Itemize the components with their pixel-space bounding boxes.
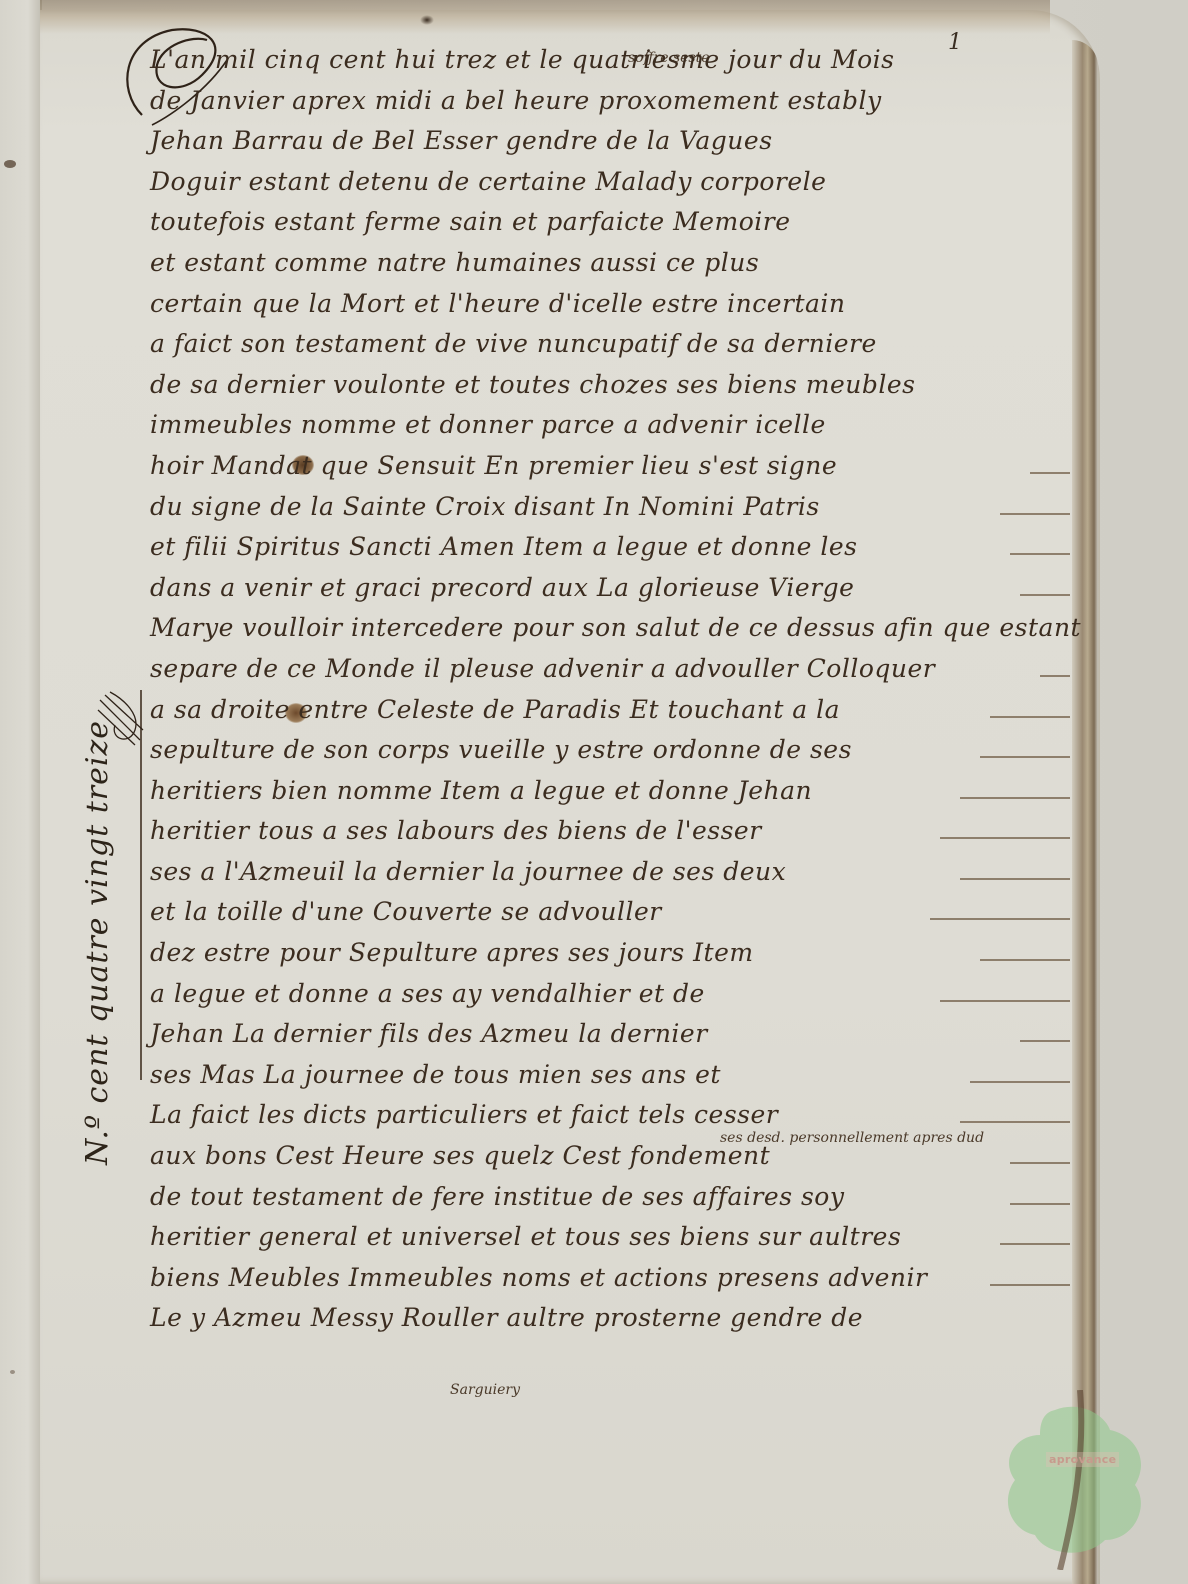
text-line: de sa dernier voulonte et toutes chozes …	[150, 365, 1070, 406]
line-text: biens Meubles Immeubles noms et actions …	[150, 1263, 927, 1292]
text-line: a sa droite entre Celeste de Paradis Et …	[150, 690, 1070, 731]
line-text: sepulture de son corps vueille y estre o…	[150, 735, 852, 764]
text-line: Doguir estant detenu de certaine Malady …	[150, 162, 1070, 203]
text-line: ses a l'Azmeuil la dernier la journee de…	[150, 852, 1070, 893]
text-line: ses Mas La journee de tous mien ses ans …	[150, 1055, 1070, 1096]
line-text: et filii Spiritus Sancti Amen Item a leg…	[150, 532, 857, 561]
watermark-label: aprovance	[1046, 1452, 1119, 1467]
line-text: dans a venir et graci precord aux La glo…	[150, 573, 854, 602]
text-line: immeubles nomme et donner parce a adveni…	[150, 405, 1070, 446]
text-line: Le y Azmeu Messy Rouller aultre prostern…	[150, 1298, 1070, 1339]
line-text: ses a l'Azmeuil la dernier la journee de…	[150, 857, 786, 886]
binding-fore-edge	[1072, 40, 1098, 1584]
ink-spot	[10, 1370, 15, 1374]
line-text: heritier general et universel et tous se…	[150, 1222, 901, 1251]
text-line: et estant comme natre humaines aussi ce …	[150, 243, 1070, 284]
margin-note-numbering: N.º cent quatre vingt treize	[80, 720, 115, 1165]
text-line: Jehan La dernier fils des Azmeu la derni…	[150, 1014, 1070, 1055]
line-text: dez estre pour Sepulture apres ses jours…	[150, 938, 754, 967]
text-line: hoir Mandat que Sensuit En premier lieu …	[150, 446, 1070, 487]
line-text: a legue et donne a ses ay vendalhier et …	[150, 979, 705, 1008]
line-text: La faict les dicts particuliers et faict…	[150, 1100, 778, 1129]
text-line: separe de ce Monde il pleuse advenir a a…	[150, 649, 1070, 690]
line-text: Doguir estant detenu de certaine Malady …	[150, 167, 826, 196]
text-line: dez estre pour Sepulture apres ses jours…	[150, 933, 1070, 974]
text-line: L'an mil cinq cent hui trez et le quatri…	[150, 40, 1070, 81]
line-text: immeubles nomme et donner parce a adveni…	[150, 410, 826, 439]
facing-page-edge	[0, 0, 42, 1584]
line-text: separe de ce Monde il pleuse advenir a a…	[150, 654, 935, 683]
line-text: L'an mil cinq cent hui trez et le quatri…	[150, 45, 895, 74]
line-text: de sa dernier voulonte et toutes chozes …	[150, 370, 915, 399]
text-line: dans a venir et graci precord aux La glo…	[150, 568, 1070, 609]
map-watermark-icon	[985, 1390, 1165, 1570]
text-line: Jehan Barrau de Bel Esser gendre de la V…	[150, 121, 1070, 162]
line-text: de Janvier aprex midi a bel heure proxom…	[150, 86, 882, 115]
line-text: et la toille d'une Couverte se advouller	[150, 897, 662, 926]
line-text: heritiers bien nomme Item a legue et don…	[150, 776, 812, 805]
text-line: Marye voulloir intercedere pour son salu…	[150, 608, 1070, 649]
text-line: heritier general et universel et tous se…	[150, 1217, 1070, 1258]
line-text: Le y Azmeu Messy Rouller aultre prostern…	[150, 1303, 863, 1332]
interlinear-insertion: Sarguiery	[450, 1382, 520, 1398]
line-text: heritier tous a ses labours des biens de…	[150, 816, 762, 845]
line-text: toutefois estant ferme sain et parfaicte…	[150, 207, 791, 236]
text-line: et la toille d'une Couverte se advouller	[150, 892, 1070, 933]
text-line: de Janvier aprex midi a bel heure proxom…	[150, 81, 1070, 122]
line-text: a faict son testament de vive nuncupatif…	[150, 329, 877, 358]
line-text: Jehan Barrau de Bel Esser gendre de la V…	[150, 126, 773, 155]
text-line: heritier tous a ses labours des biens de…	[150, 811, 1070, 852]
text-line: de tout testament de fere institue de se…	[150, 1177, 1070, 1218]
line-text: a sa droite entre Celeste de Paradis Et …	[150, 695, 840, 724]
line-text: hoir Mandat que Sensuit En premier lieu …	[150, 451, 837, 480]
line-text: et estant comme natre humaines aussi ce …	[150, 248, 759, 277]
line-text: aux bons Cest Heure ses quelz Cest fonde…	[150, 1141, 770, 1170]
line-text: ses Mas La journee de tous mien ses ans …	[150, 1060, 721, 1089]
line-text: du signe de la Sainte Croix disant In No…	[150, 492, 820, 521]
text-line: heritiers bien nomme Item a legue et don…	[150, 771, 1070, 812]
ink-spot	[4, 160, 16, 168]
text-line: sepulture de son corps vueille y estre o…	[150, 730, 1070, 771]
text-line: toutefois estant ferme sain et parfaicte…	[150, 202, 1070, 243]
text-line: biens Meubles Immeubles noms et actions …	[150, 1258, 1070, 1299]
line-text: Jehan La dernier fils des Azmeu la derni…	[150, 1019, 708, 1048]
line-text: de tout testament de fere institue de se…	[150, 1182, 844, 1211]
ink-stain	[420, 15, 434, 25]
line-text: certain que la Mort et l'heure d'icelle …	[150, 289, 846, 318]
text-line: a faict son testament de vive nuncupatif…	[150, 324, 1070, 365]
line-text: Marye voulloir intercedere pour son salu…	[150, 613, 1081, 642]
text-line: certain que la Mort et l'heure d'icelle …	[150, 284, 1070, 325]
text-line: a legue et donne a ses ay vendalhier et …	[150, 974, 1070, 1015]
text-line: et filii Spiritus Sancti Amen Item a leg…	[150, 527, 1070, 568]
text-line: du signe de la Sainte Croix disant In No…	[150, 487, 1070, 528]
